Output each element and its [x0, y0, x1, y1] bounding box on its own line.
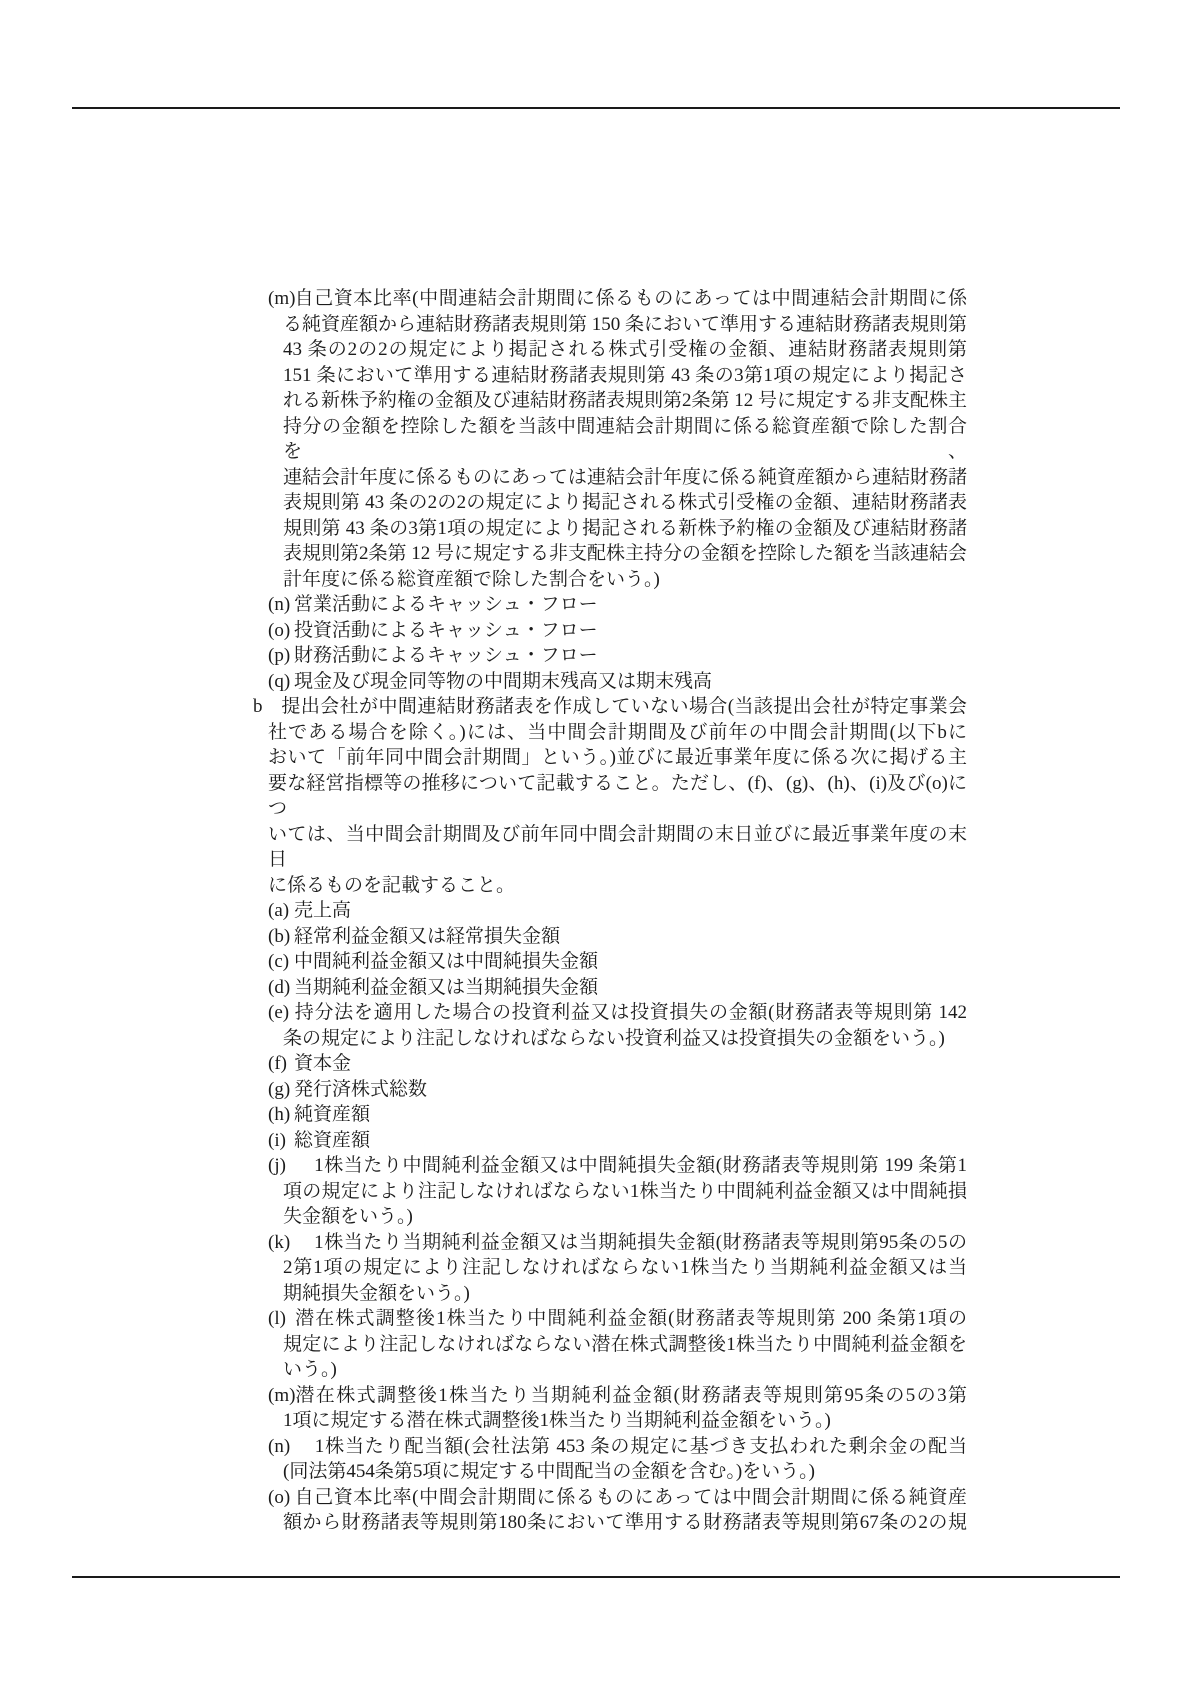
text-line: (d)当期純利益金額又は当期純損失金額 — [268, 975, 967, 1001]
line-text: 自己資本比率(中間会計期間に係るものにあっては中間会計期間に係る純資産 — [294, 1487, 967, 1508]
text-line: (n)営業活動によるキャッシュ・フロー — [268, 592, 967, 618]
paragraph-14-(i): (i)総資産額 — [268, 1128, 967, 1154]
text-line: (e)持分法を適用した場合の投資利益又は投資損失の金額(財務諸表等規則第 142 — [268, 1000, 967, 1026]
line-text: 経常利益金額又は経常損失金額 — [294, 926, 560, 947]
item-marker: (e) — [268, 1000, 294, 1026]
text-line: に係るものを記載すること。 — [268, 873, 967, 899]
text-line: (i)総資産額 — [268, 1128, 967, 1154]
paragraph-4-(q): (q)現金及び現金同等物の中間期末残高又は期末残高 — [268, 669, 967, 695]
line-text: 潜在株式調整後1株当たり当期純利益金額(財務諸表等規則第95条の5の3第 — [294, 1385, 967, 1406]
text-line: 151 条において準用する連結財務諸表規則第 43 条の3第1項の規定により掲記… — [283, 363, 967, 389]
text-line: 43 条の2の2の規定により掲記される株式引受権の金額、連結財務諸表規則第 — [283, 337, 967, 363]
paragraph-15-(j): (j) 1株当たり中間純利益金額又は中間純損失金額(財務諸表等規則第 199 条… — [268, 1153, 967, 1230]
text-line: 規定により注記しなければならない潜在株式調整後1株当たり中間純利益金額を — [283, 1332, 967, 1358]
paragraph-0-(m): (m)自己資本比率(中間連結会計期間に係るものにあっては中間連結会計期間に係る純… — [268, 286, 967, 592]
item-marker: (l) — [268, 1306, 294, 1332]
text-line: 額から財務諸表等規則第180条において準用する財務諸表等規則第67条の2の規 — [283, 1510, 967, 1536]
item-marker: (p) — [268, 643, 294, 669]
item-marker: (f) — [268, 1051, 294, 1077]
item-marker: (d) — [268, 975, 294, 1001]
paragraph-19-(n): (n) 1株当たり配当額(会社法第 453 条の規定に基づき支払われた剰余金の配… — [268, 1434, 967, 1485]
text-line: (n) 1株当たり配当額(会社法第 453 条の規定に基づき支払われた剰余金の配… — [268, 1434, 967, 1460]
text-line: いては、当中間会計期間及び前年同中間会計期間の末日並びに最近事業年度の末日 — [268, 822, 967, 873]
line-text: 1株当たり当期純利益金額又は当期純損失金額(財務諸表等規則第95条の5の — [294, 1232, 967, 1253]
line-text: 持分法を適用した場合の投資利益又は投資損失の金額(財務諸表等規則第 142 — [294, 1002, 967, 1023]
text-line: 失金額をいう。) — [283, 1204, 967, 1230]
text-line: 1項に規定する潜在株式調整後1株当たり当期純利益金額をいう。) — [283, 1408, 967, 1434]
paragraph-16-(k): (k) 1株当たり当期純利益金額又は当期純損失金額(財務諸表等規則第95条の5の… — [268, 1230, 967, 1307]
item-marker: (a) — [268, 898, 294, 924]
text-line: (f)資本金 — [268, 1051, 967, 1077]
line-text: 当期純利益金額又は当期純損失金額 — [294, 977, 598, 998]
paragraph-20-(o): (o)自己資本比率(中間会計期間に係るものにあっては中間会計期間に係る純資産額か… — [268, 1485, 967, 1536]
text-line: おいて「前年同中間会計期間」という。)並びに最近事業年度に係る次に掲げる主 — [268, 745, 967, 771]
line-text: 現金及び現金同等物の中間期末残高又は期末残高 — [294, 671, 712, 692]
item-marker: (h) — [268, 1102, 294, 1128]
paragraph-5-b: b提出会社が中間連結財務諸表を作成していない場合(当該提出会社が特定事業会社であ… — [253, 694, 967, 898]
paragraph-3-(p): (p)財務活動によるキャッシュ・フロー — [268, 643, 967, 669]
item-marker: (g) — [268, 1077, 294, 1103]
item-marker: (q) — [268, 669, 294, 695]
text-line: (c)中間純利益金額又は中間純損失金額 — [268, 949, 967, 975]
text-line: (k) 1株当たり当期純利益金額又は当期純損失金額(財務諸表等規則第95条の5の — [268, 1230, 967, 1256]
text-line: 期純損失金額をいう。) — [283, 1281, 967, 1307]
paragraph-13-(h): (h)純資産額 — [268, 1102, 967, 1128]
item-marker: (m) — [268, 286, 294, 312]
item-marker: (n) — [268, 592, 294, 618]
text-line: 条の規定により注記しなければならない投資利益又は投資損失の金額をいう。) — [283, 1026, 967, 1052]
line-text: 発行済株式総数 — [294, 1079, 427, 1100]
text-line: る純資産額から連結財務諸表規則第 150 条において準用する連結財務諸表規則第 — [283, 312, 967, 338]
item-marker: (o) — [268, 1485, 294, 1511]
item-marker: (b) — [268, 924, 294, 950]
line-text: 中間純利益金額又は中間純損失金額 — [294, 951, 598, 972]
header-rule — [72, 107, 1120, 109]
paragraph-2-(o): (o)投資活動によるキャッシュ・フロー — [268, 618, 967, 644]
line-text: 1株当たり中間純利益金額又は中間純損失金額(財務諸表等規則第 199 条第1 — [294, 1155, 967, 1176]
paragraph-11-(f): (f)資本金 — [268, 1051, 967, 1077]
text-line: 連結会計年度に係るものにあっては連結会計年度に係る純資産額から連結財務諸 — [283, 465, 967, 491]
line-text: 投資活動によるキャッシュ・フロー — [294, 620, 598, 641]
text-line: 社である場合を除く。)には、当中間会計期間及び前年の中間会計期間(以下bに — [268, 720, 967, 746]
text-line: (o)投資活動によるキャッシュ・フロー — [268, 618, 967, 644]
text-line: (同法第454条第5項に規定する中間配当の金額を含む。)をいう。) — [283, 1459, 967, 1485]
text-line: 計年度に係る総資産額で除した割合をいう。) — [283, 567, 967, 593]
paragraph-6-(a): (a)売上高 — [268, 898, 967, 924]
text-line: 規則第 43 条の3第1項の規定により掲記される新株予約権の金額及び連結財務諸 — [283, 516, 967, 542]
footer-rule — [72, 1576, 1120, 1578]
paragraph-8-(c): (c)中間純利益金額又は中間純損失金額 — [268, 949, 967, 975]
line-text: 財務活動によるキャッシュ・フロー — [294, 645, 598, 666]
document-page: (m)自己資本比率(中間連結会計期間に係るものにあっては中間連結会計期間に係る純… — [0, 0, 1192, 1685]
item-marker: (n) — [268, 1434, 294, 1460]
text-line: (o)自己資本比率(中間会計期間に係るものにあっては中間会計期間に係る純資産 — [268, 1485, 967, 1511]
item-marker: (j) — [268, 1153, 294, 1179]
line-text: 提出会社が中間連結財務諸表を作成していない場合(当該提出会社が特定事業会 — [281, 696, 967, 717]
item-marker: (o) — [268, 618, 294, 644]
line-text: 営業活動によるキャッシュ・フロー — [294, 594, 598, 615]
item-marker: (c) — [268, 949, 294, 975]
text-line: b提出会社が中間連結財務諸表を作成していない場合(当該提出会社が特定事業会 — [253, 694, 967, 720]
item-marker: (m) — [268, 1383, 294, 1409]
paragraph-9-(d): (d)当期純利益金額又は当期純損失金額 — [268, 975, 967, 1001]
paragraph-1-(n): (n)営業活動によるキャッシュ・フロー — [268, 592, 967, 618]
document-body: (m)自己資本比率(中間連結会計期間に係るものにあっては中間連結会計期間に係る純… — [253, 286, 967, 1536]
line-text: 総資産額 — [294, 1130, 370, 1151]
text-line: (l)潜在株式調整後1株当たり中間純利益金額(財務諸表等規則第 200 条第1項… — [268, 1306, 967, 1332]
text-line: 要な経営指標等の推移について記載すること。ただし、(f)、(g)、(h)、(i)… — [268, 771, 967, 822]
text-line: 持分の金額を控除した額を当該中間連結会計期間に係る総資産額で除した割合を、 — [283, 414, 967, 465]
text-line: (a)売上高 — [268, 898, 967, 924]
item-marker: (k) — [268, 1230, 294, 1256]
text-line: (m)自己資本比率(中間連結会計期間に係るものにあっては中間連結会計期間に係 — [268, 286, 967, 312]
line-text: 資本金 — [294, 1053, 351, 1074]
line-text: 純資産額 — [294, 1104, 370, 1125]
text-line: (p)財務活動によるキャッシュ・フロー — [268, 643, 967, 669]
line-text: 1株当たり配当額(会社法第 453 条の規定に基づき支払われた剰余金の配当 — [294, 1436, 967, 1457]
line-text: 潜在株式調整後1株当たり中間純利益金額(財務諸表等規則第 200 条第1項の — [294, 1308, 967, 1329]
line-text: 自己資本比率(中間連結会計期間に係るものにあっては中間連結会計期間に係 — [294, 288, 967, 309]
item-marker: (i) — [268, 1128, 294, 1154]
paragraph-7-(b): (b)経常利益金額又は経常損失金額 — [268, 924, 967, 950]
text-line: 2第1項の規定により注記しなければならない1株当たり当期純利益金額又は当 — [283, 1255, 967, 1281]
text-line: 表規則第 43 条の2の2の規定により掲記される株式引受権の金額、連結財務諸表 — [283, 490, 967, 516]
text-line: (b)経常利益金額又は経常損失金額 — [268, 924, 967, 950]
text-line: (q)現金及び現金同等物の中間期末残高又は期末残高 — [268, 669, 967, 695]
paragraph-17-(l): (l)潜在株式調整後1株当たり中間純利益金額(財務諸表等規則第 200 条第1項… — [268, 1306, 967, 1383]
item-marker: b — [253, 694, 281, 720]
text-line: (m)潜在株式調整後1株当たり当期純利益金額(財務諸表等規則第95条の5の3第 — [268, 1383, 967, 1409]
text-line: 表規則第2条第 12 号に規定する非支配株主持分の金額を控除した額を当該連結会 — [283, 541, 967, 567]
text-line: れる新株予約権の金額及び連結財務諸表規則第2条第 12 号に規定する非支配株主 — [283, 388, 967, 414]
text-line: いう。) — [283, 1357, 967, 1383]
text-line: (j) 1株当たり中間純利益金額又は中間純損失金額(財務諸表等規則第 199 条… — [268, 1153, 967, 1179]
text-line: (h)純資産額 — [268, 1102, 967, 1128]
text-line: (g)発行済株式総数 — [268, 1077, 967, 1103]
text-line: 項の規定により注記しなければならない1株当たり中間純利益金額又は中間純損 — [283, 1179, 967, 1205]
paragraph-18-(m): (m)潜在株式調整後1株当たり当期純利益金額(財務諸表等規則第95条の5の3第1… — [268, 1383, 967, 1434]
paragraph-12-(g): (g)発行済株式総数 — [268, 1077, 967, 1103]
paragraph-10-(e): (e)持分法を適用した場合の投資利益又は投資損失の金額(財務諸表等規則第 142… — [268, 1000, 967, 1051]
line-text: 売上高 — [294, 900, 351, 921]
